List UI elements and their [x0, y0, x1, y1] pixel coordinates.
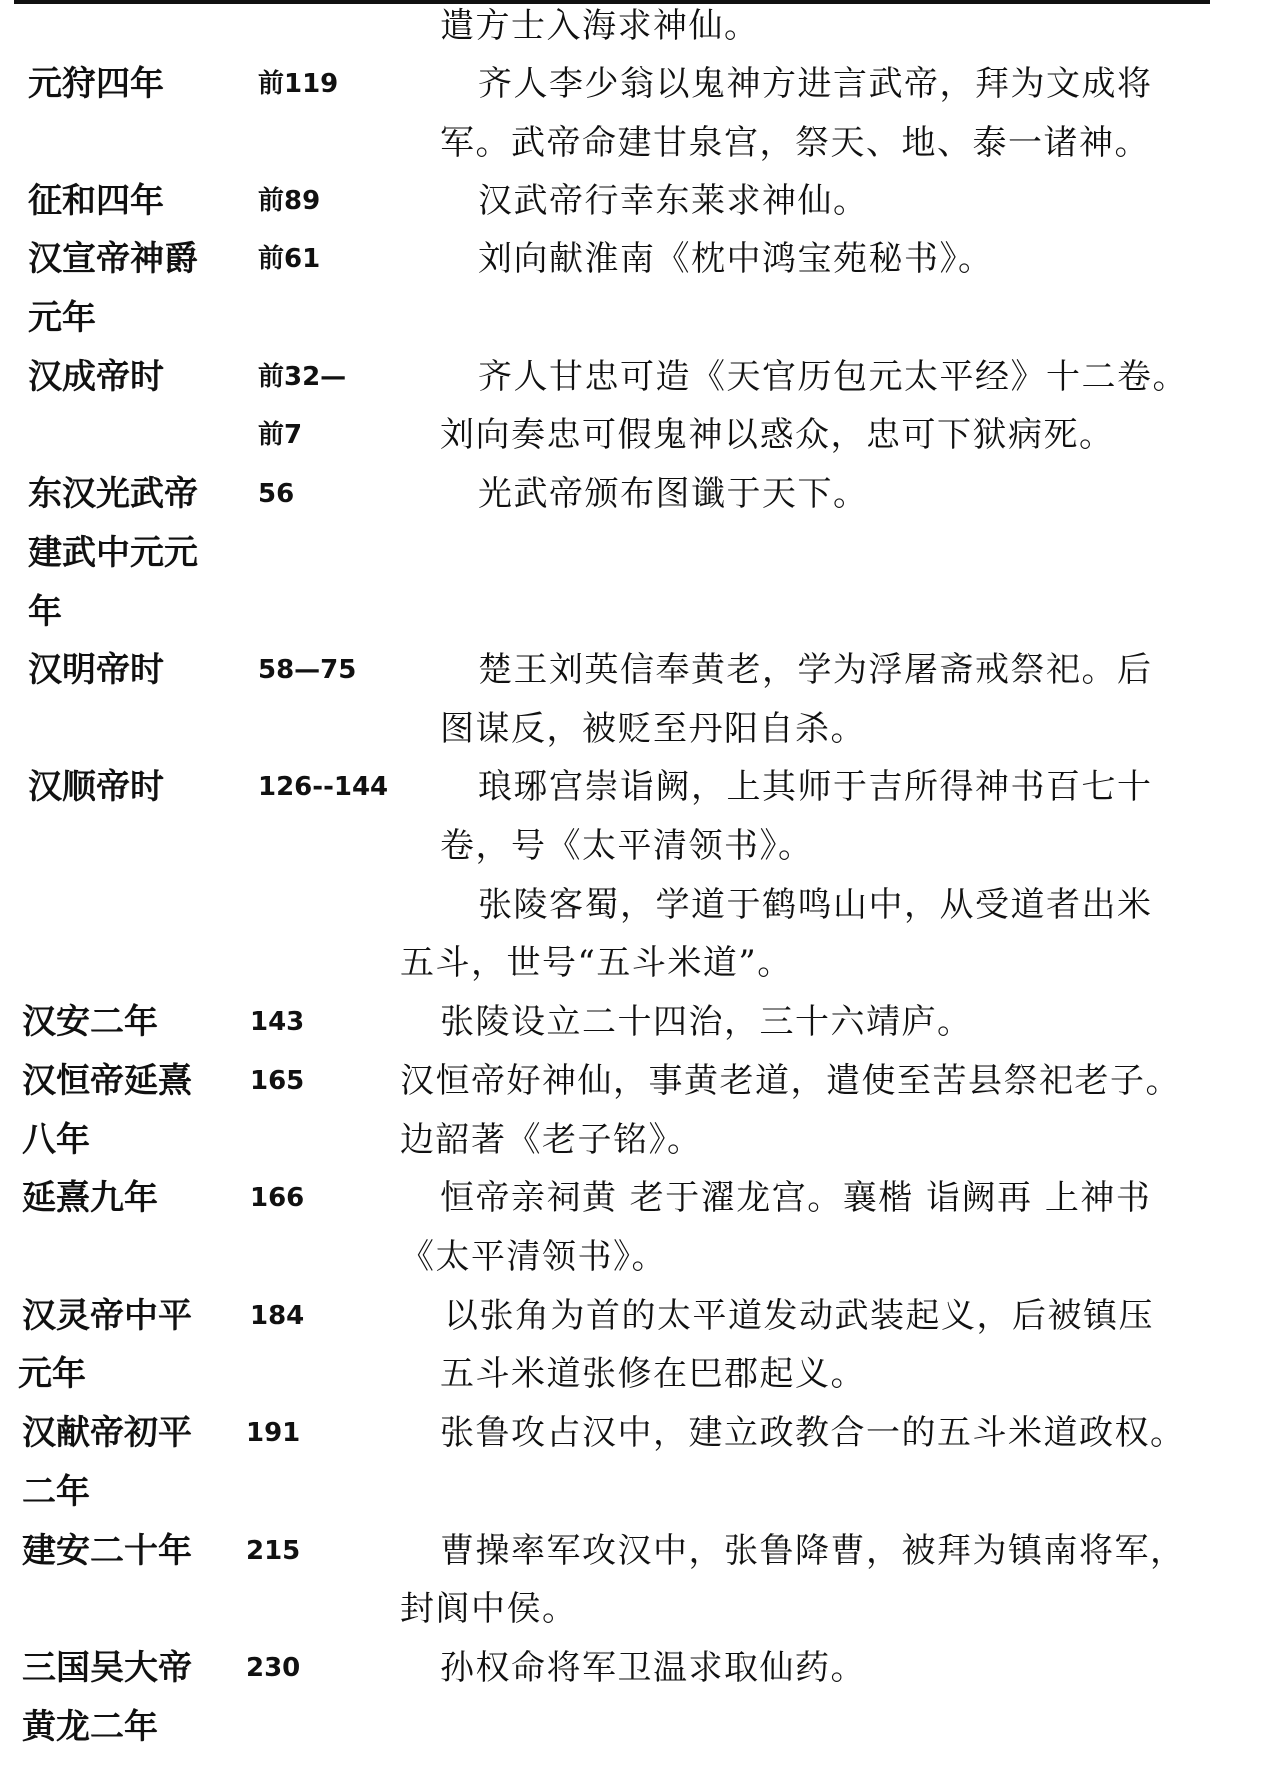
era-text-line: 元年 [18, 1354, 86, 1394]
event-text-line: 以张角为首的太平道发动武装起义，后被镇压 [444, 1296, 1154, 1336]
era-text-line: 征和四年 [28, 181, 164, 221]
era-text-line: 三国吴大帝 [22, 1648, 192, 1688]
era-text-line: 元年 [28, 298, 96, 338]
era-text-line: 汉献帝初平 [22, 1413, 192, 1453]
year-text-line: 58—75 [258, 650, 356, 690]
era-text-line: 黄龙二年 [22, 1707, 158, 1747]
year-text-line: 191 [246, 1413, 300, 1453]
era-text-line: 八年 [22, 1120, 90, 1160]
year-text-line: 230 [246, 1648, 300, 1688]
event-text-line: 恒帝亲祠黄 老于濯龙宫。襄楷 诣阙再 上神书 [440, 1178, 1151, 1218]
era-text-line: 汉恒帝延熹 [22, 1061, 192, 1101]
event-text-line: 孙权命将军卫温求取仙药。 [440, 1648, 866, 1688]
era-text-line: 二年 [22, 1472, 90, 1512]
era-text-line: 元狩四年 [28, 64, 164, 104]
era-text-line: 汉灵帝中平 [22, 1296, 192, 1336]
year-text-line: 215 [246, 1531, 300, 1571]
era-text-line: 建安二十年 [22, 1531, 192, 1571]
era-text-line: 汉安二年 [22, 1002, 158, 1042]
year-text-line: 前119 [258, 64, 338, 104]
year-text-line: 前32— [258, 357, 346, 397]
event-text-line: 张陵设立二十四治，三十六靖庐。 [440, 1002, 973, 1042]
event-text-line: 汉恒帝好神仙，事黄老道，遣使至苦县祭祀老子。 [400, 1061, 1181, 1101]
year-text-line: 126--144 [258, 767, 388, 807]
year-text-line: 165 [250, 1061, 304, 1101]
event-text-line: 《太平清领书》。 [400, 1237, 667, 1277]
event-text-line: 光武帝颁布图谶于天下。 [478, 474, 869, 514]
year-text-line: 前89 [258, 181, 320, 221]
event-text-line: 五斗米道张修在巴郡起义。 [440, 1354, 866, 1394]
event-text-line: 齐人甘忠可造《天官历包元太平经》十二卷。 [478, 357, 1188, 397]
era-text-line: 建武中元元 [28, 533, 198, 573]
era-text-line: 东汉光武帝 [28, 474, 198, 514]
event-text-line: 张鲁攻占汉中，建立政教合一的五斗米道政权。 [440, 1413, 1186, 1453]
event-text-line: 汉武帝行幸东莱求神仙。 [478, 181, 869, 221]
year-text-line: 184 [250, 1296, 304, 1336]
era-text-line: 汉顺帝时 [28, 767, 164, 807]
event-text-line: 卷，号《太平清领书》。 [440, 826, 814, 866]
era-text-line: 延熹九年 [22, 1178, 158, 1218]
year-text-line: 前61 [258, 239, 320, 279]
chronology-page: 遣方士入海求神仙。元狩四年前119齐人李少翁以鬼神方进言武帝，拜为文成将军。武帝… [0, 0, 1284, 1783]
year-text-line: 166 [250, 1178, 304, 1218]
era-text-line: 汉明帝时 [28, 650, 164, 690]
year-text-line: 143 [250, 1002, 304, 1042]
era-text-line: 年 [28, 592, 62, 632]
event-text-line: 图谋反，被贬至丹阳自杀。 [440, 709, 866, 749]
year-text-line: 前7 [258, 415, 302, 455]
event-text-line: 遣方士入海求神仙。 [440, 6, 760, 46]
event-text-line: 封阆中侯。 [400, 1589, 578, 1629]
event-text-line: 张陵客蜀，学道于鹤鸣山中，从受道者出米 [478, 885, 1153, 925]
event-text-line: 刘向奏忠可假鬼神以惑众，忠可下狱病死。 [440, 415, 1115, 455]
event-text-line: 曹操率军攻汉中，张鲁降曹，被拜为镇南将军， [440, 1531, 1186, 1571]
year-text-line: 56 [258, 474, 294, 514]
event-text-line: 军。武帝命建甘泉宫，祭天、地、泰一诸神。 [440, 123, 1150, 163]
event-text-line: 刘向献淮南《枕中鸿宝苑秘书》。 [478, 239, 994, 279]
era-text-line: 汉宣帝神爵 [28, 239, 198, 279]
era-text-line: 汉成帝时 [28, 357, 164, 397]
event-text-line: 齐人李少翁以鬼神方进言武帝，拜为文成将 [478, 64, 1153, 104]
event-text-line: 楚王刘英信奉黄老，学为浮屠斋戒祭祀。后 [478, 650, 1153, 690]
event-text-line: 琅琊宫崇诣阙，上其师于吉所得神书百七十 [478, 767, 1153, 807]
event-text-line: 边韶著《老子铭》。 [400, 1120, 703, 1160]
event-text-line: 五斗，世号“五斗米道”。 [400, 943, 793, 983]
